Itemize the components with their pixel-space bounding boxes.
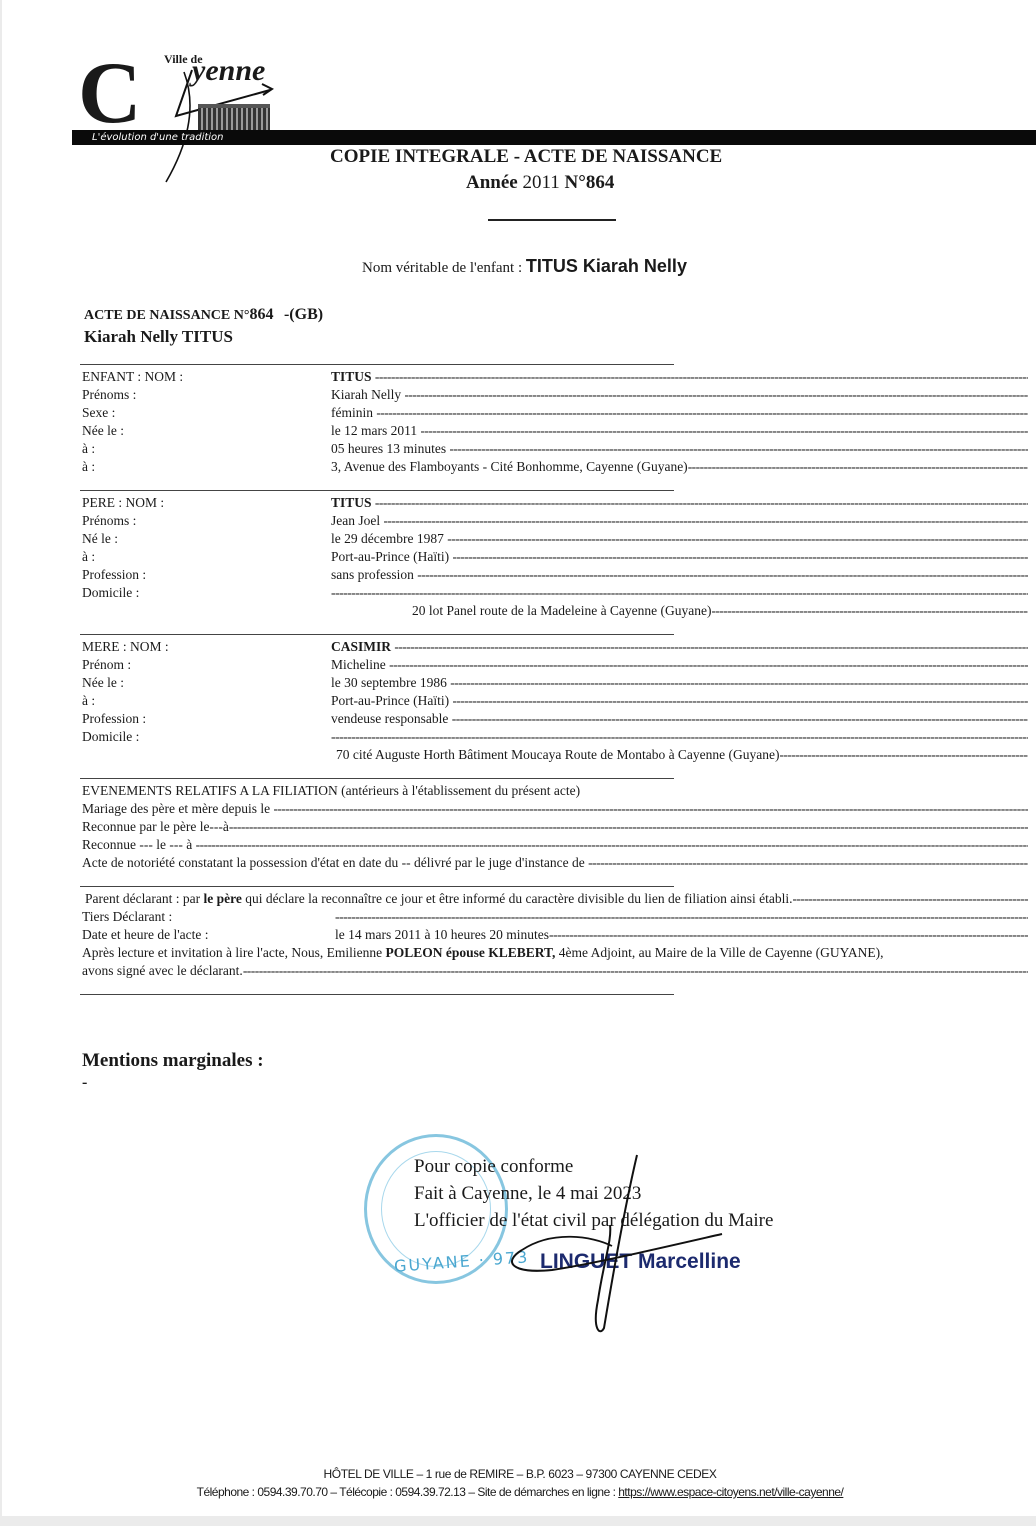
field-label: Née le : [82,674,124,692]
field-label: à : [82,458,95,476]
mere-row-nom: MERE : NOM :CASIMIR --------------------… [82,638,1028,656]
value-text: le 12 mars 2011 [331,423,417,438]
dash-filler: ----------------------------------------… [780,747,1028,762]
pere-row-lieu: à :Port-au-Prince (Haïti) --------------… [82,548,1028,566]
value-text: TITUS [331,369,372,384]
section-divider [80,886,674,887]
value-text: le 30 septembre 1986 [331,675,447,690]
line-text: avons signé avec le déclarant.----------… [82,962,1028,980]
line-text: Mariage des père et mère depuis le -----… [82,800,1028,818]
value-text: Reconnue --- le --- à [82,837,196,852]
section-divider [80,994,674,995]
dash-filler: ----------------------------------------… [274,801,1028,816]
acte-child-name: Kiarah Nelly TITUS [84,327,233,347]
field-value: TITUS ----------------------------------… [331,368,1028,386]
value-text: 20 lot Panel route de la Madeleine à Cay… [412,603,712,618]
value-text: Port-au-Prince (Haïti) [331,549,449,564]
date-acte-line: Date et heure de l'acte :le 14 mars 2011… [82,926,1028,944]
field-label: Née le : [82,422,124,440]
value-bold: POLEON épouse KLEBERT, [385,945,555,960]
field-label: PERE : NOM : [82,494,164,512]
field-label: Domicile : [82,728,139,746]
value-text: sans profession [331,567,414,582]
pere-row-domicile: Domicile :------------------------------… [82,584,1028,602]
pere-row-nom: PERE : NOM :TITUS ----------------------… [82,494,1028,512]
acte-heading-suffix: -(GB) [284,306,323,323]
value-text: 4ème Adjoint, au Maire de la Ville de Ca… [555,945,883,960]
mere-row-profession: Profession :vendeuse responsable -------… [82,710,1028,728]
field-value: sans profession ------------------------… [331,566,1028,584]
dash-filler: ----------------------------------------… [688,459,1028,474]
field-value: le 12 mars 2011 ------------------------… [331,422,1028,440]
dash-filler: ----------------------------------------… [229,819,1028,834]
filiation-line: Reconnue par le père le---à-------------… [82,818,1028,836]
dash-filler: ----------------------------------------… [196,837,1028,852]
value-text: Parent déclarant : par [85,891,203,906]
field-value: ----------------------------------------… [331,584,1028,602]
field-value: TITUS ----------------------------------… [331,494,1028,512]
officer-line: Après lecture et invitation à lire l'act… [82,944,1028,962]
dash-filler: ----------------------------------------… [331,585,1028,600]
value-text: Acte de notoriété constatant la possessi… [82,855,588,870]
field-value: 70 cité Auguste Horth Bâtiment Moucaya R… [336,746,1028,764]
true-name-label: Nom véritable de l'enfant : [362,260,522,276]
field-value: féminin --------------------------------… [331,404,1028,422]
dash-filler: ----------------------------------------… [447,531,1028,546]
footer-contact: Téléphone : 0594.39.70.70 – Télécopie : … [2,1485,1036,1499]
field-label: à : [82,548,95,566]
section-divider [80,364,674,365]
value-text: 05 heures 13 minutes [331,441,446,456]
field-label: Sexe : [82,404,115,422]
filiation-heading: EVENEMENTS RELATIFS A LA FILIATION (anté… [82,782,1028,800]
enfant-row-nee-le: Née le :le 12 mars 2011 ----------------… [82,422,1028,440]
online-services-link[interactable]: https://www.espace-citoyens.net/ville-ca… [618,1485,843,1499]
value-text: Jean Joel [331,513,380,528]
dash-filler: ----------------------------------------… [452,711,1028,726]
value-text: vendeuse responsable [331,711,448,726]
mere-row-address: 70 cité Auguste Horth Bâtiment Moucaya R… [82,746,1028,764]
parent-declarant-line: Parent déclarant : par le père qui décla… [82,890,1028,908]
dash-filler: ----------------------------------------… [394,639,1028,654]
field-value: le 14 mars 2011 à 10 heures 20 minutes--… [335,926,1028,944]
field-value: Port-au-Prince (Haïti) -----------------… [331,548,1028,566]
footer-contact-text: Téléphone : 0594.39.70.70 – Télécopie : … [197,1485,619,1499]
acte-number: N°864 [565,172,615,193]
dash-filler: ----------------------------------------… [450,675,1028,690]
pere-row-prenoms: Prénoms :Jean Joel ---------------------… [82,512,1028,530]
field-label: Né le : [82,530,118,548]
acte-heading: ACTE DE NAISSANCE N°864 -(GB) [84,306,323,324]
value-text: le 14 mars 2011 à 10 heures 20 minutes [335,927,549,942]
dash-filler: ----------------------------------------… [452,693,1028,708]
line-text: Parent déclarant : par le père qui décla… [85,890,1028,908]
mentions-title: Mentions marginales : [82,1050,264,1072]
logo-tagline: L'évolution d'une tradition [92,132,224,143]
field-label: Tiers Déclarant : [82,908,172,926]
value-text: avons signé avec le déclarant. [82,963,243,978]
field-label: Prénoms : [82,512,136,530]
value-text: TITUS [331,495,372,510]
field-value: 3, Avenue des Flamboyants - Cité Bonhomm… [331,458,1028,476]
enfant-row-prenoms: Prénoms :Kiarah Nelly ------------------… [82,386,1028,404]
field-value: 05 heures 13 minutes -------------------… [331,440,1028,458]
dash-filler: ----------------------------------------… [792,891,1028,906]
dash-filler: ----------------------------------------… [417,567,1028,582]
field-value: Micheline ------------------------------… [331,656,1028,674]
year-label: Année [466,172,518,193]
value-text: Reconnue par le père le---à [82,819,229,834]
field-label: MERE : NOM : [82,638,169,656]
value-text: qui déclare la reconnaître ce jour et êt… [242,891,793,906]
field-label: à : [82,440,95,458]
acte-heading-number: 864 [249,306,273,323]
document-title: COPIE INTEGRALE - ACTE DE NAISSANCE [330,146,722,168]
true-name-line: Nom véritable de l'enfant : TITUS Kiarah… [362,256,687,277]
section-divider [80,634,674,635]
dash-filler: ----------------------------------------… [243,963,1028,978]
mere-row-domicile: Domicile :------------------------------… [82,728,1028,746]
heading-text: EVENEMENTS RELATIFS A LA FILIATION (anté… [82,782,1028,800]
signed-line: avons signé avec le déclarant.----------… [82,962,1028,980]
filiation-line: Acte de notoriété constatant la possessi… [82,854,1028,872]
enfant-row-sexe: Sexe :féminin --------------------------… [82,404,1028,422]
true-name-value: TITUS Kiarah Nelly [526,256,687,276]
field-value: ----------------------------------------… [335,908,1028,926]
line-text: Après lecture et invitation à lire l'act… [82,944,1028,962]
value-bold: le père [203,891,241,906]
field-label: ENFANT : NOM : [82,368,183,386]
enfant-row-heure: à :05 heures 13 minutes ----------------… [82,440,1028,458]
value-text: Kiarah Nelly [331,387,401,402]
enfant-row-lieu: à :3, Avenue des Flamboyants - Cité Bonh… [82,458,1028,476]
field-value: ----------------------------------------… [331,728,1028,746]
dash-filler: ----------------------------------------… [376,405,1028,420]
field-label: à : [82,692,95,710]
dash-filler: ----------------------------------------… [404,387,1028,402]
dash-filler: ----------------------------------------… [712,603,1028,618]
footer-address: HÔTEL DE VILLE – 1 rue de REMIRE – B.P. … [2,1467,1036,1481]
mentions-value: - [82,1074,87,1092]
dash-filler: ----------------------------------------… [375,495,1028,510]
logo-letter: C [78,50,138,138]
value-text: Mariage des père et mère depuis le [82,801,274,816]
mere-row-lieu: à :Port-au-Prince (Haïti) --------------… [82,692,1028,710]
field-label: Domicile : [82,584,139,602]
section-divider [80,778,674,779]
line-text: Reconnue --- le --- à ------------------… [82,836,1028,854]
document-year-number: Année 2011 N°864 [466,172,614,194]
dash-filler: ----------------------------------------… [389,657,1028,672]
tiers-declarant-line: Tiers Déclarant :-----------------------… [82,908,1028,926]
line-text: Acte de notoriété constatant la possessi… [82,854,1028,872]
dash-filler: ----------------------------------------… [335,909,1028,924]
handwritten-signature-icon [492,1150,732,1340]
dash-filler: ----------------------------------------… [588,855,1028,870]
field-value: Jean Joel ------------------------------… [331,512,1028,530]
title-divider [488,219,616,221]
dash-filler: ----------------------------------------… [452,549,1028,564]
dash-filler: ----------------------------------------… [449,441,1028,456]
line-text: Reconnue par le père le---à-------------… [82,818,1028,836]
field-value: le 30 septembre 1986 -------------------… [331,674,1028,692]
value-text: féminin [331,405,373,420]
field-label: Profession : [82,710,146,728]
dash-filler: ----------------------------------------… [420,423,1028,438]
pere-row-profession: Profession :sans profession ------------… [82,566,1028,584]
filiation-line: Reconnue --- le --- à ------------------… [82,836,1028,854]
field-label: Date et heure de l'acte : [82,926,208,944]
dash-filler: ----------------------------------------… [331,729,1028,744]
field-value: CASIMIR --------------------------------… [331,638,1028,656]
pere-row-ne-le: Né le :le 29 décembre 1987 -------------… [82,530,1028,548]
value-text: le 29 décembre 1987 [331,531,444,546]
pere-row-address: 20 lot Panel route de la Madeleine à Cay… [82,602,1028,620]
field-value: vendeuse responsable -------------------… [331,710,1028,728]
dash-filler: ----------------------------------------… [549,927,1028,942]
filiation-line: Mariage des père et mère depuis le -----… [82,800,1028,818]
mere-row-prenom: Prénom :Micheline ----------------------… [82,656,1028,674]
value-text: Micheline [331,657,386,672]
field-label: Profession : [82,566,146,584]
field-value: Port-au-Prince (Haïti) -----------------… [331,692,1028,710]
year-value: 2011 [522,172,559,193]
value-text: 3, Avenue des Flamboyants - Cité Bonhomm… [331,459,688,474]
document-page: C Ville de yenne L'évolution d'une tradi… [2,0,1036,1516]
field-label: Prénoms : [82,386,136,404]
mere-row-nee-le: Née le :le 30 septembre 1986 -----------… [82,674,1028,692]
value-text: Port-au-Prince (Haïti) [331,693,449,708]
value-text: Après lecture et invitation à lire l'act… [82,945,385,960]
section-divider [80,490,674,491]
field-value: le 29 décembre 1987 --------------------… [331,530,1028,548]
dash-filler: ----------------------------------------… [375,369,1028,384]
enfant-row-nom: ENFANT : NOM :TITUS --------------------… [82,368,1028,386]
acte-heading-label: ACTE DE NAISSANCE N° [84,308,249,323]
value-text: 70 cité Auguste Horth Bâtiment Moucaya R… [336,747,780,762]
field-value: Kiarah Nelly ---------------------------… [331,386,1028,404]
field-label: Prénom : [82,656,131,674]
field-value: 20 lot Panel route de la Madeleine à Cay… [412,602,1028,620]
value-text: CASIMIR [331,639,391,654]
dash-filler: ----------------------------------------… [383,513,1028,528]
